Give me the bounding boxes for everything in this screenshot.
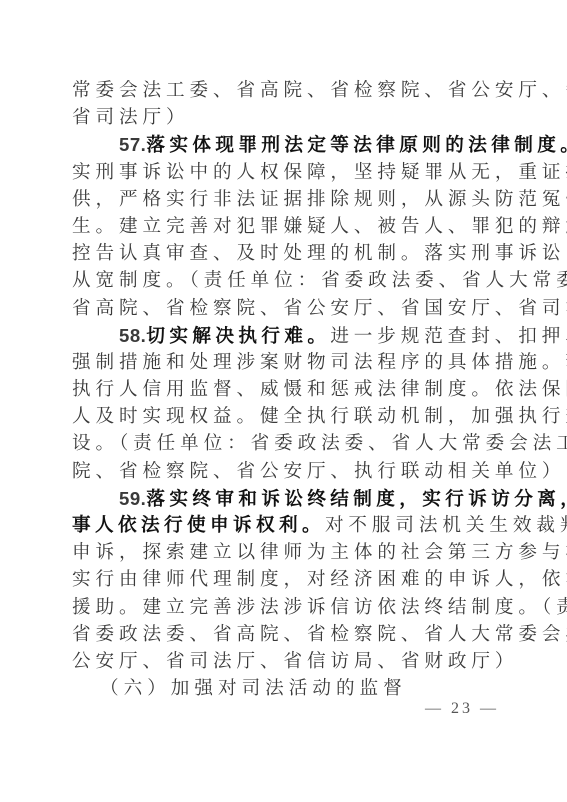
item-text: 对不服司法机关生效裁判、决定的 — [325, 515, 567, 536]
text-line: 省司法厅） — [72, 104, 496, 131]
section-heading: （六）加强对司法活动的监督 — [72, 675, 496, 702]
item-title: 落实体现罪刑法定等法律原则的法律制度。 — [146, 135, 567, 156]
text-line: 实刑事诉讼中的人权保障，坚持疑罪从无，重证据不轻信口 — [72, 159, 496, 186]
text-line: 常委会法工委、省高院、省检察院、省公安厅、省国安厅、 — [72, 77, 496, 104]
page-number: — 23 — — [425, 700, 499, 718]
text-line: 院、省检察院、省公安厅、执行联动相关单位） — [72, 458, 496, 485]
text-line: 公安厅、省司法厅、省信访局、省财政厅） — [72, 648, 496, 675]
item-text: 进一步规范查封、扣押、冻结等 — [330, 326, 567, 347]
text-line: 执行人信用监督、威慑和惩戒法律制度。依法保障胜诉当事 — [72, 376, 496, 403]
text-line: 生。建立完善对犯罪嫌疑人、被告人、罪犯的辩解、申诉、 — [72, 213, 496, 240]
item-57-heading-line: 57.落实体现罪刑法定等法律原则的法律制度。严格落 — [72, 131, 496, 158]
text-line: 省委政法委、省高院、省检察院、省人大常委会办公厅、省 — [72, 621, 496, 648]
text-line: 强制措施和处理涉案财物司法程序的具体措施。落实失信被 — [72, 349, 496, 376]
text-line: 从宽制度。（责任单位：省委政法委、省人大常委会法工委、 — [72, 267, 496, 294]
text-line: 人及时实现权益。健全执行联动机制，加强执行查控平台建 — [72, 403, 496, 430]
item-title: 切实解决执行难。 — [146, 326, 330, 347]
document-page: 常委会法工委、省高院、省检察院、省公安厅、省国安厅、 省司法厅） 57.落实体现… — [72, 77, 496, 702]
item-number: 59. — [119, 488, 146, 509]
text-line: 供，严格实行非法证据排除规则，从源头防范冤假错案的发 — [72, 186, 496, 213]
text-line: 控告认真审查、及时处理的机制。落实刑事诉讼中认罪认罚 — [72, 240, 496, 267]
text-line: 援助。建立完善涉法涉诉信访依法终结制度。（责任单位： — [72, 594, 496, 621]
text-line: 设。（责任单位：省委政法委、省人大常委会法工委、省高 — [72, 430, 496, 457]
text-line: 申诉，探索建立以律师为主体的社会第三方参与机制，逐步 — [72, 539, 496, 566]
item-59-heading-line-2: 事人依法行使申诉权利。对不服司法机关生效裁判、决定的 — [72, 512, 496, 539]
item-number: 58. — [119, 325, 146, 346]
text-line: 实行由律师代理制度，对经济困难的申诉人，依法给予法律 — [72, 566, 496, 593]
item-59-heading-line: 59.落实终审和诉讼终结制度，实行诉访分离，保障当 — [72, 485, 496, 512]
item-title-continued: 事人依法行使申诉权利。 — [72, 515, 325, 536]
item-number: 57. — [119, 134, 146, 155]
item-title: 落实终审和诉讼终结制度，实行诉访分离，保障当 — [146, 489, 567, 510]
text-line: 省高院、省检察院、省公安厅、省国安厅、省司法厅） — [72, 295, 496, 322]
item-58-heading-line: 58.切实解决执行难。进一步规范查封、扣押、冻结等 — [72, 322, 496, 349]
